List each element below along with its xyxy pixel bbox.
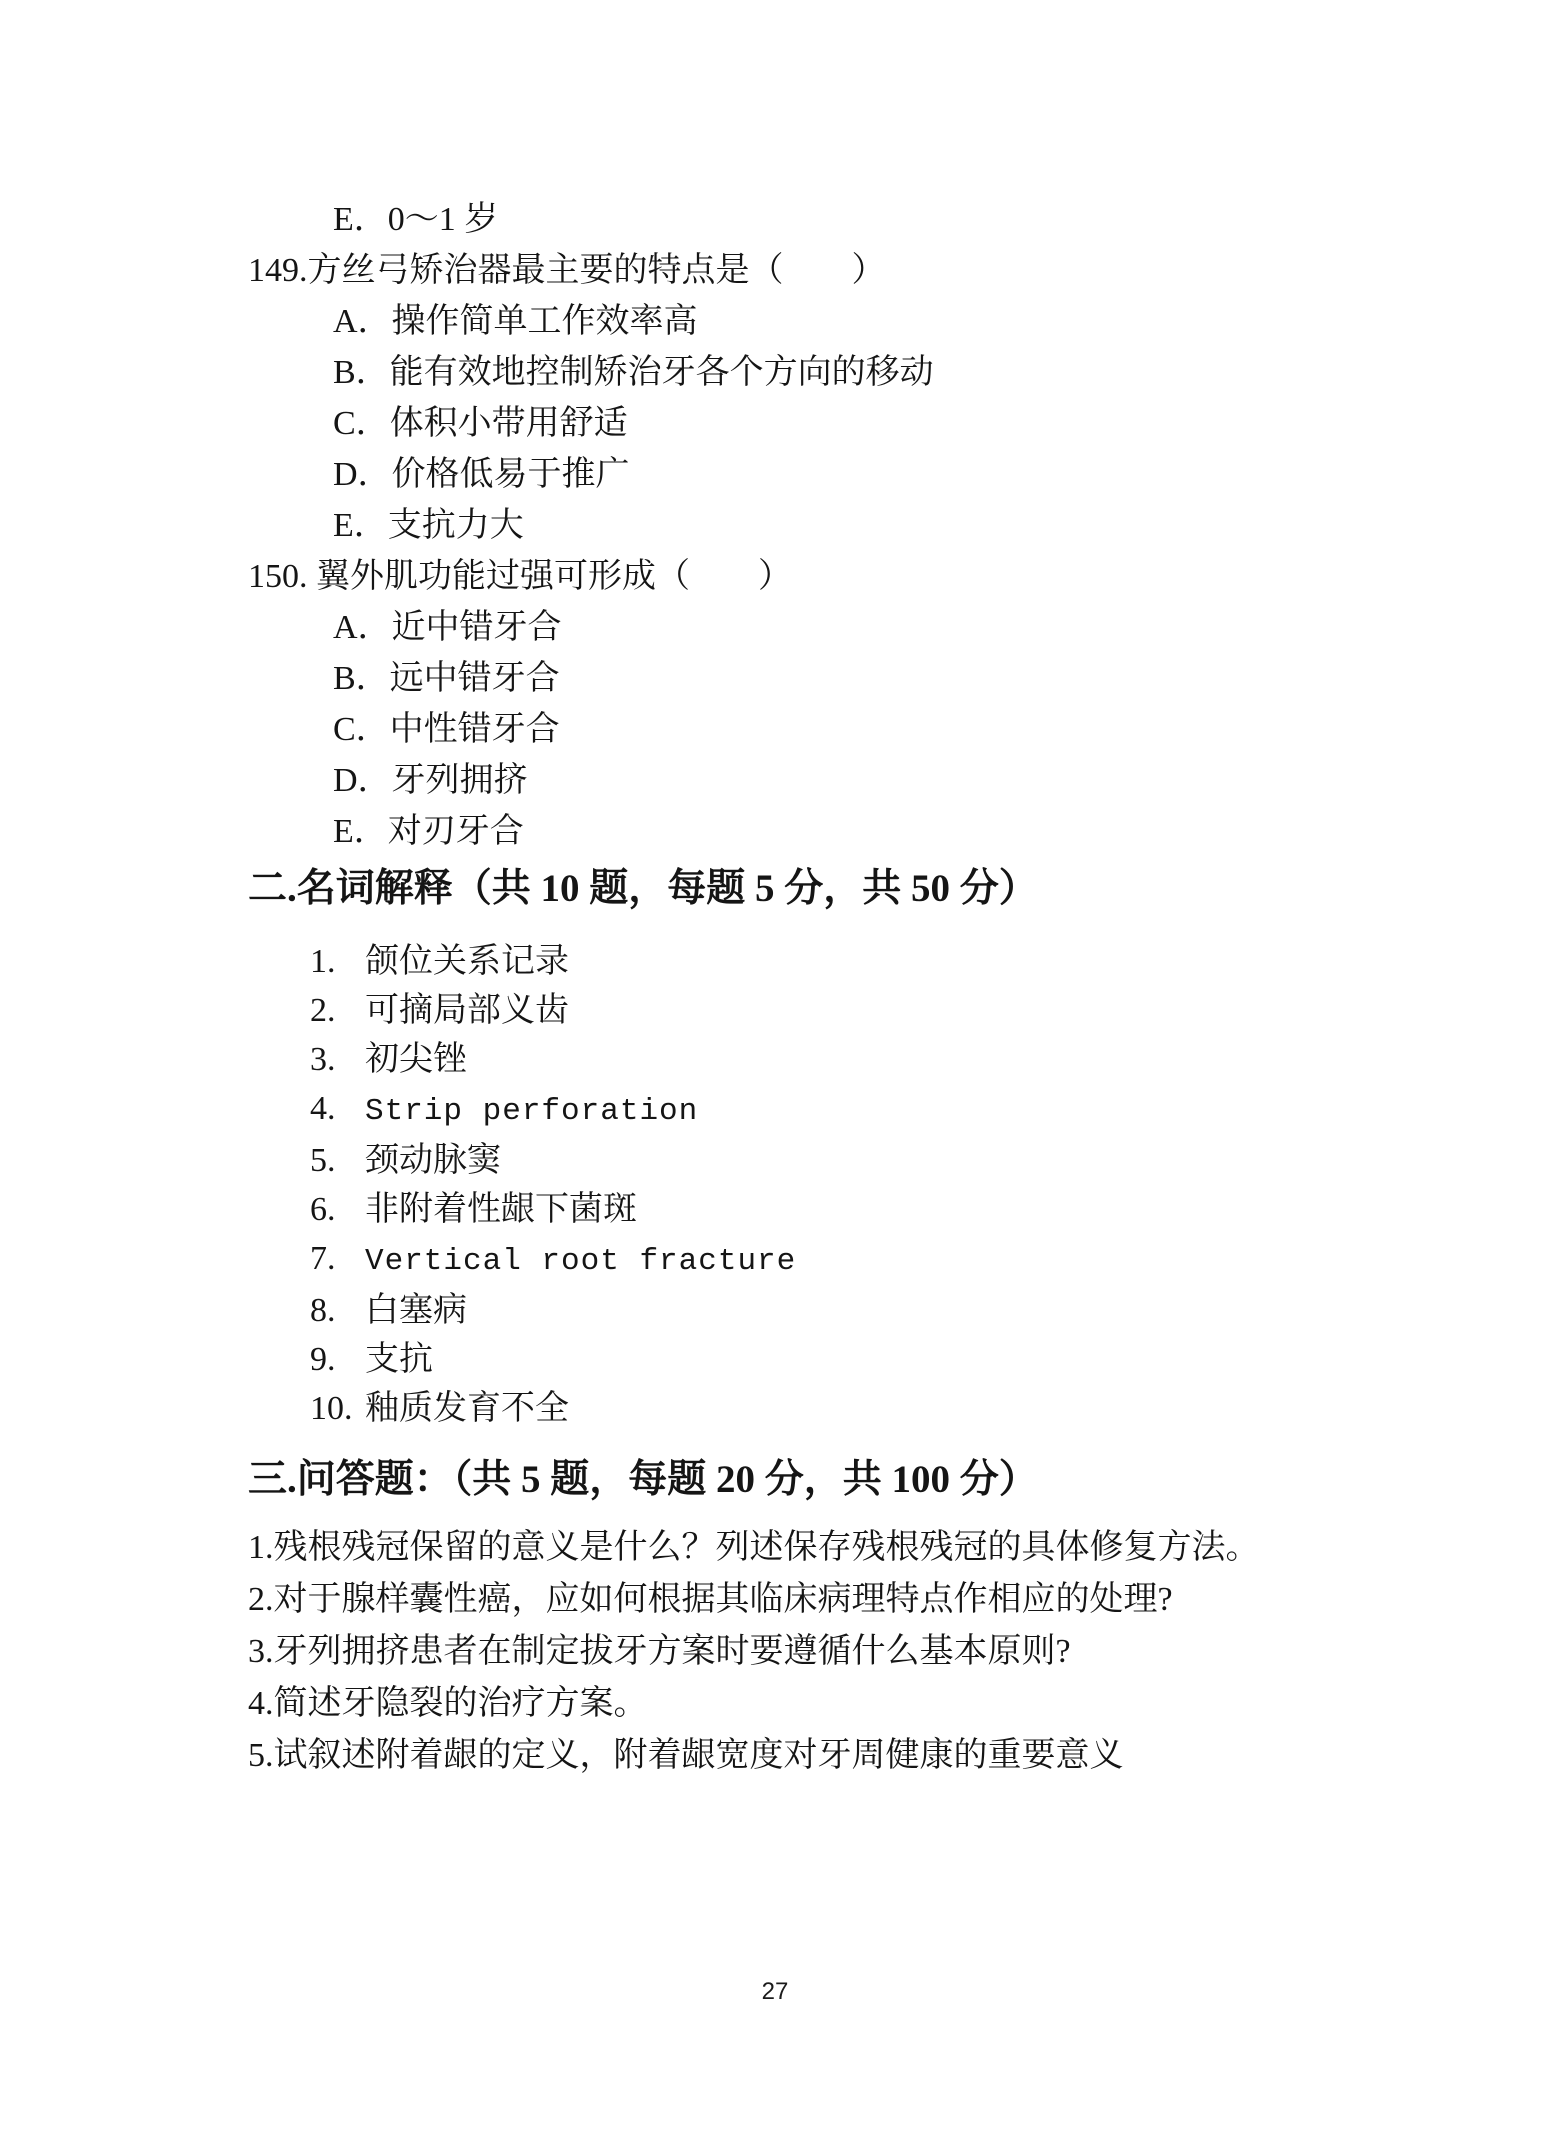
glossary-item-number: 3. — [310, 1035, 365, 1084]
glossary-item: 3.初尖锉 — [310, 1035, 1550, 1084]
glossary-section-heading: 二.名词解释（共 10 题，每题 5 分，共 50 分） — [248, 861, 1550, 917]
question-150-option-d: D．牙列拥挤 — [333, 755, 1550, 806]
mcq-section: E．0～1 岁 149.方丝弓矫治器最主要的特点是（ ） A．操作简单工作效率高… — [0, 0, 1550, 857]
glossary-item: 6.非附着性龈下菌斑 — [310, 1185, 1550, 1234]
essay-list: 1.残根残冠保留的意义是什么？列述保存残根残冠的具体修复方法。 2.对于腺样囊性… — [0, 1522, 1550, 1782]
question-150-option-e: E．对刃牙合 — [333, 806, 1550, 857]
question-149-option-b: B．能有效地控制矫治牙各个方向的移动 — [333, 347, 1550, 398]
question-149-stem: 149.方丝弓矫治器最主要的特点是（ ） — [248, 245, 1550, 296]
glossary-item-number: 9. — [310, 1335, 365, 1384]
question-150-stem: 150. 翼外肌功能过强可形成（ ） — [248, 551, 1550, 602]
page-footer: 27 — [0, 1978, 1550, 2006]
glossary-item-number: 10. — [310, 1384, 365, 1433]
essay-section-heading: 三.问答题：（共 5 题，每题 20 分，共 100 分） — [248, 1452, 1550, 1508]
glossary-item-text: 釉质发育不全 — [365, 1390, 569, 1427]
glossary-item-text: 白塞病 — [365, 1292, 467, 1329]
glossary-item-text: 颌位关系记录 — [365, 943, 569, 980]
question-150-option-a: A．近中错牙合 — [333, 602, 1550, 653]
essay-question-4: 4.简述牙隐裂的治疗方案。 — [248, 1678, 1550, 1730]
glossary-item-text: 非附着性龈下菌斑 — [365, 1191, 637, 1228]
question-150-option-c: C．中性错牙合 — [333, 704, 1550, 755]
question-149-option-c: C．体积小带用舒适 — [333, 398, 1550, 449]
glossary-item-text: 可摘局部义齿 — [365, 992, 569, 1029]
glossary-item-text: 颈动脉窦 — [365, 1142, 501, 1179]
glossary-item: 8.白塞病 — [310, 1286, 1550, 1335]
glossary-item-number: 8. — [310, 1286, 365, 1335]
glossary-item-number: 6. — [310, 1185, 365, 1234]
glossary-item-number: 5. — [310, 1136, 365, 1185]
glossary-item-number: 2. — [310, 986, 365, 1035]
question-149-option-e: E．支抗力大 — [333, 500, 1550, 551]
glossary-item: 4.Strip perforation — [310, 1084, 1550, 1136]
glossary-item-text: 支抗 — [365, 1341, 433, 1378]
glossary-item-text: Vertical root fracture — [365, 1244, 796, 1279]
glossary-item: 9.支抗 — [310, 1335, 1550, 1384]
essay-question-1: 1.残根残冠保留的意义是什么？列述保存残根残冠的具体修复方法。 — [248, 1522, 1550, 1574]
essay-question-3: 3.牙列拥挤患者在制定拔牙方案时要遵循什么基本原则? — [248, 1626, 1550, 1678]
glossary-item: 5.颈动脉窦 — [310, 1136, 1550, 1185]
glossary-item: 2.可摘局部义齿 — [310, 986, 1550, 1035]
prev-question-option-e: E．0～1 岁 — [333, 194, 1550, 245]
essay-question-2: 2.对于腺样囊性癌，应如何根据其临床病理特点作相应的处理? — [248, 1574, 1550, 1626]
glossary-item-number: 7. — [310, 1234, 365, 1283]
question-149-option-a: A．操作简单工作效率高 — [333, 296, 1550, 347]
glossary-item-number: 1. — [310, 937, 365, 986]
glossary-item: 1.颌位关系记录 — [310, 937, 1550, 986]
exam-page: E．0～1 岁 149.方丝弓矫治器最主要的特点是（ ） A．操作简单工作效率高… — [0, 0, 1550, 2150]
essay-question-5: 5.试叙述附着龈的定义，附着龈宽度对牙周健康的重要意义 — [248, 1730, 1550, 1782]
glossary-item-number: 4. — [310, 1084, 365, 1133]
glossary-item: 7.Vertical root fracture — [310, 1234, 1550, 1286]
glossary-list: 1.颌位关系记录 2.可摘局部义齿 3.初尖锉 4.Strip perforat… — [0, 937, 1550, 1433]
glossary-item-text: 初尖锉 — [365, 1041, 467, 1078]
question-150-option-b: B．远中错牙合 — [333, 653, 1550, 704]
glossary-item-text: Strip perforation — [365, 1094, 698, 1129]
page-number: 27 — [762, 1978, 789, 2005]
question-149-option-d: D．价格低易于推广 — [333, 449, 1550, 500]
glossary-item: 10.釉质发育不全 — [310, 1384, 1550, 1433]
